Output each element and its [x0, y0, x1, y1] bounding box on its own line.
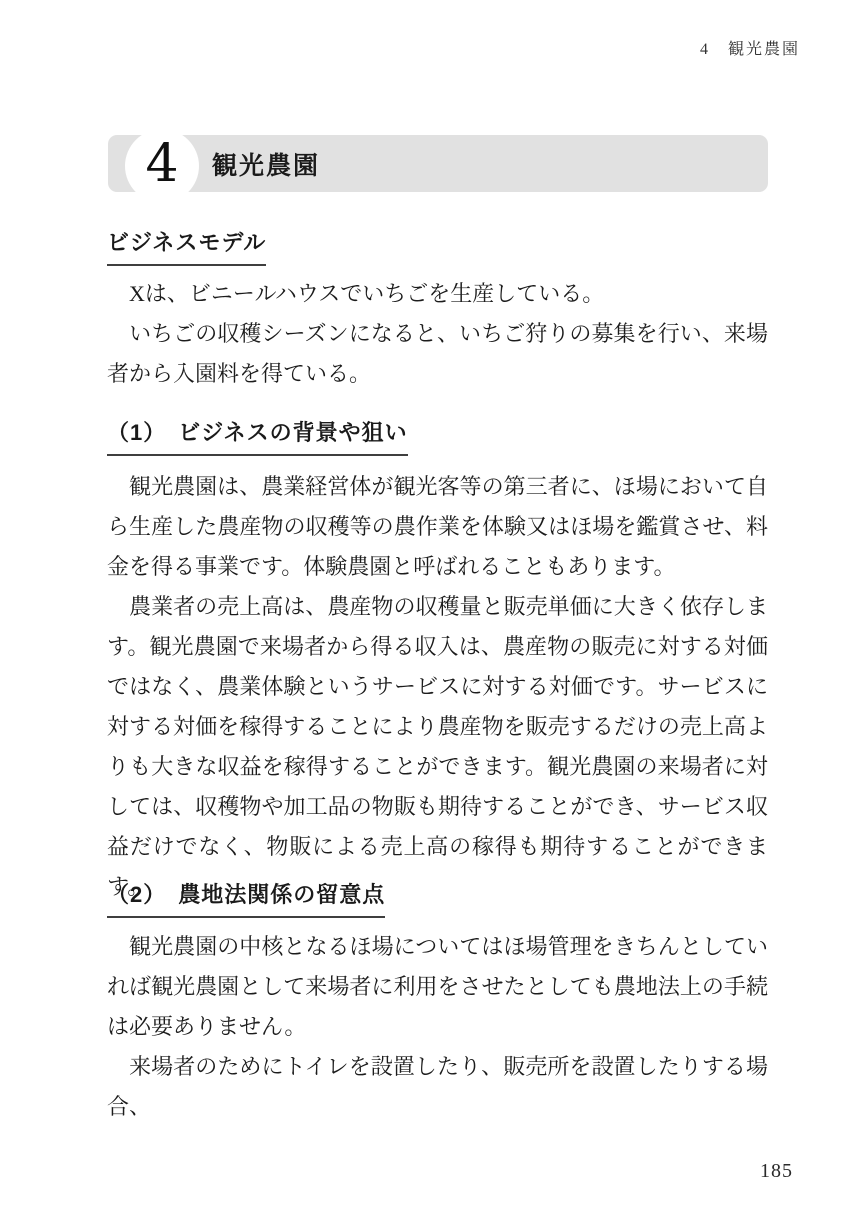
section-2-text: 観光農園の中核となるほ場についてはほ場管理をきちんとしていれば観光農園として来場… — [107, 927, 768, 1127]
chapter-number-circle: 4 — [125, 129, 199, 203]
running-header: 4 観光農園 — [700, 36, 800, 59]
page-number: 185 — [760, 1160, 793, 1183]
heading-section-2: （2） 農地法関係の留意点 — [107, 878, 385, 918]
heading-business-model: ビジネスモデル — [107, 226, 266, 266]
heading-section-1: （1） ビジネスの背景や狙い — [107, 416, 408, 456]
paragraph: いちごの収穫シーズンになると、いちご狩りの募集を行い、来場者から入園料を得ている… — [107, 314, 768, 394]
paragraph: 観光農園の中核となるほ場についてはほ場管理をきちんとしていれば観光農園として来場… — [107, 927, 768, 1047]
chapter-title: 観光農園 — [212, 146, 320, 182]
paragraph: 来場者のためにトイレを設置したり、販売所を設置したりする場合、 — [107, 1047, 768, 1127]
paragraph: Xは、ビニールハウスでいちごを生産している。 — [107, 274, 768, 314]
section-1-text: 観光農園は、農業経営体が観光客等の第三者に、ほ場において自ら生産した農産物の収穫… — [107, 467, 768, 907]
chapter-banner: 4 観光農園 — [108, 135, 768, 192]
chapter-number: 4 — [145, 138, 178, 195]
paragraph: 観光農園は、農業経営体が観光客等の第三者に、ほ場において自ら生産した農産物の収穫… — [107, 467, 768, 587]
paragraph: 農業者の売上高は、農産物の収穫量と販売単価に大きく依存します。観光農園で来場者か… — [107, 587, 768, 907]
business-model-text: Xは、ビニールハウスでいちごを生産している。 いちごの収穫シーズンになると、いち… — [107, 274, 768, 394]
book-page: { "page": { "running_header": "4 観光農園", … — [0, 0, 855, 1230]
